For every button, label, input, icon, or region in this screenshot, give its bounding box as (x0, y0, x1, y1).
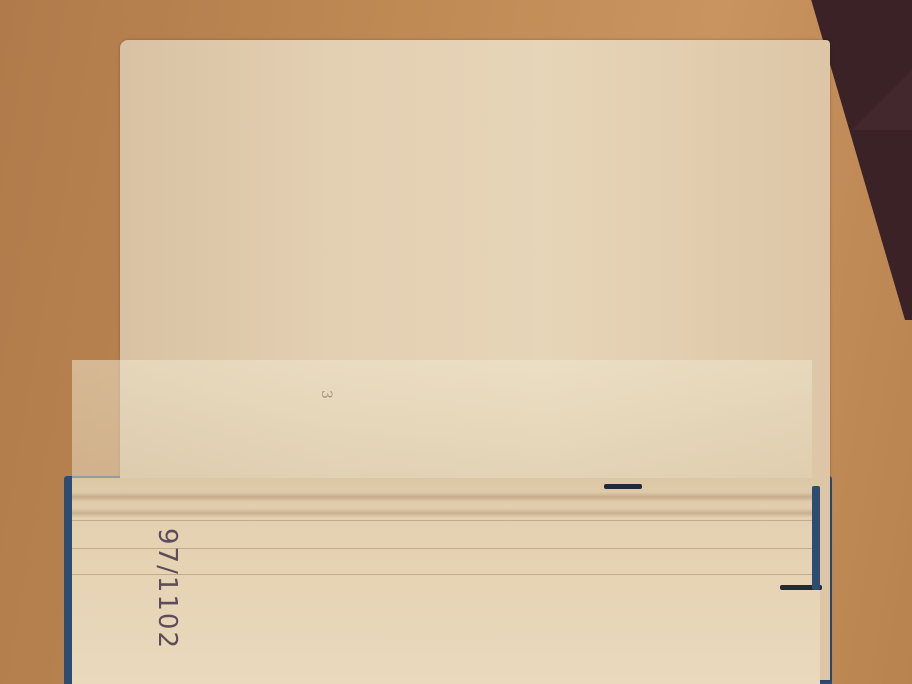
body-line: (Nr. 19) an der bosnischen Grenze, als i… (873, 0, 886, 45)
rotated-text: Erstes Kapitel. Einleitung. Reise nach d… (685, 0, 912, 45)
body-line: ...um gelangt. Von dort ging ich nach de… (808, 0, 821, 45)
body-line: ...rade errichtet hatte, kam weiter nach… (782, 0, 795, 45)
body-line: ...kehrte, da der Aufenthalt durch die E… (769, 0, 782, 45)
paper-wrinkle (72, 508, 820, 518)
body-line: ...als ich Kaga und Katul erreicht hatte… (691, 0, 704, 45)
repair-tape-strip (72, 360, 812, 480)
paper-wrinkle (72, 492, 820, 502)
pencil-mark (604, 484, 642, 489)
body-line: ...en und war über Assuan, Korosko und B… (821, 0, 834, 45)
body-line: ...ab einen Befehl erlassen hatte, durch… (665, 0, 678, 45)
body-line: ihm in ägyptische Dienste zu treten. (847, 0, 860, 45)
body-line: ...Fascher befindliche Generalgouverneur… (678, 0, 691, 45)
body-line: ...e mich gefährlich wurde, nach El Obei… (756, 0, 769, 45)
body-line: ...in diese Districte zurückzukehren, un… (704, 0, 717, 45)
body-paragraph: ...lit 1878 stand ich als Lieutenant bei… (639, 0, 899, 45)
body-line: ...aber der Regierung bald wieder unterw… (743, 0, 756, 45)
handwritten-number: 97/1102 (148, 528, 188, 684)
body-line: ...boten wurde, Darfur zu betreten. Der … (652, 0, 665, 45)
page-number: 1 (622, 0, 635, 45)
body-line: ...der die Höhe des Tributs beschwert un… (730, 0, 743, 45)
body-line: ...lit 1878 stand ich als Lieutenant bei… (886, 0, 899, 45)
body-line: ...allgemeine Unsicherheit aller Verkehr… (639, 0, 652, 45)
body-line: ...atte schon im Jahre 1874 eine kleine … (834, 0, 847, 45)
body-line: ...len, die Station der katholischen cen… (795, 0, 808, 45)
body-line: ...rige Schwierigkeiten gemacht —, fand … (717, 0, 730, 45)
body-line: erhielt, worin er mich einlud, nach dem … (860, 0, 873, 45)
fold-line (72, 520, 820, 521)
cover-spine-edge (812, 486, 820, 590)
